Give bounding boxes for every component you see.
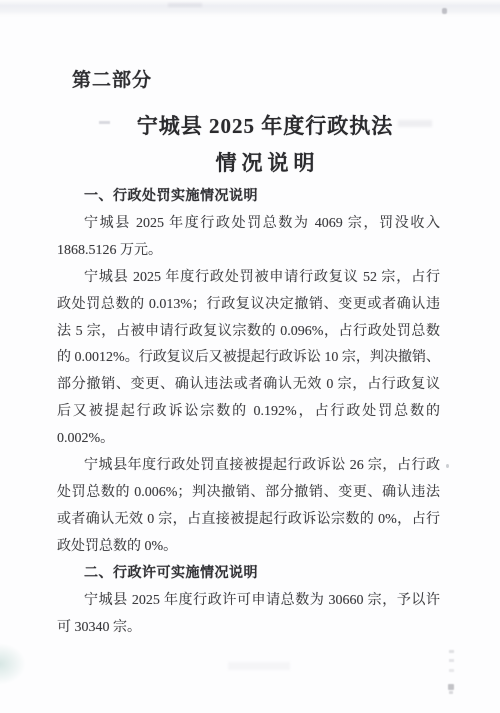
scan-artifact-top-smudge — [168, 3, 202, 7]
scan-artifact-bottom-smear — [228, 662, 290, 670]
body-line: 处罚总数的 0.006%；判决撤销、部分撤销、变更、确认违法 — [57, 480, 440, 507]
body-line: 后又被提起行政诉讼宗数的 0.192%，占行政处罚总数的 — [57, 399, 440, 426]
document-title-line1: 宁城县 2025 年度行政执法 — [60, 114, 470, 138]
document-title-line2: 情况说明 — [60, 151, 475, 175]
scanned-document-page: 第二部分 宁城县 2025 年度行政执法 情况说明 一、行政处罚实施情况说明 宁… — [0, 0, 500, 713]
section-heading-1: 一、行政处罚实施情况说明 — [57, 184, 440, 211]
part-heading: 第二部分 — [72, 70, 152, 93]
scan-top-band — [0, 0, 500, 18]
scan-artifact-right-dot — [446, 464, 449, 468]
scan-artifact-top-speck — [442, 8, 447, 14]
body-line: 法 5 宗，占被申请行政复议宗数的 0.096%，占行政处罚总数 — [57, 319, 440, 346]
body-line: 宁城县 2025 年度行政处罚总数为 4069 宗，罚没收入 — [57, 211, 440, 238]
body-line: 0.002%。 — [57, 426, 440, 453]
body-line: 政处罚总数的 0%。 — [57, 534, 440, 561]
body-line: 政处罚总数的 0.013%；行政复议决定撤销、变更或者确认违 — [57, 292, 440, 319]
document-title: 宁城县 2025 年度行政执法 情况说明 — [60, 114, 470, 175]
body-line: 或者确认无效 0 宗，占直接被提起行政诉讼宗数的 0%，占行 — [57, 507, 440, 534]
body-line: 宁城县 2025 年度行政许可申请总数为 30660 宗，予以许 — [57, 588, 440, 615]
body-line: 宁城县年度行政处罚直接被提起行政诉讼 26 宗，占行政 — [57, 453, 440, 480]
scan-artifact-right-mark — [448, 684, 454, 690]
body-line: 1868.5126 万元。 — [57, 238, 440, 265]
body-line: 宁城县 2025 年度行政处罚被申请行政复议 52 宗，占行 — [57, 265, 440, 292]
body-line: 部分撤销、变更、确认违法或者确认无效 0 宗，占行政复议 — [57, 372, 440, 399]
scan-artifact-teal-smudge — [0, 643, 26, 685]
body-line: 的 0.0012%。行政复议后又被提起行政诉讼 10 宗，判决撤销、 — [57, 345, 440, 372]
document-body: 一、行政处罚实施情况说明 宁城县 2025 年度行政处罚总数为 4069 宗，罚… — [57, 184, 440, 641]
body-line: 可 30340 宗。 — [57, 615, 440, 642]
scan-artifact-right-dots — [449, 650, 454, 674]
section-heading-2: 二、行政许可实施情况说明 — [57, 561, 440, 588]
scan-artifact-right-mark-2 — [449, 691, 453, 694]
